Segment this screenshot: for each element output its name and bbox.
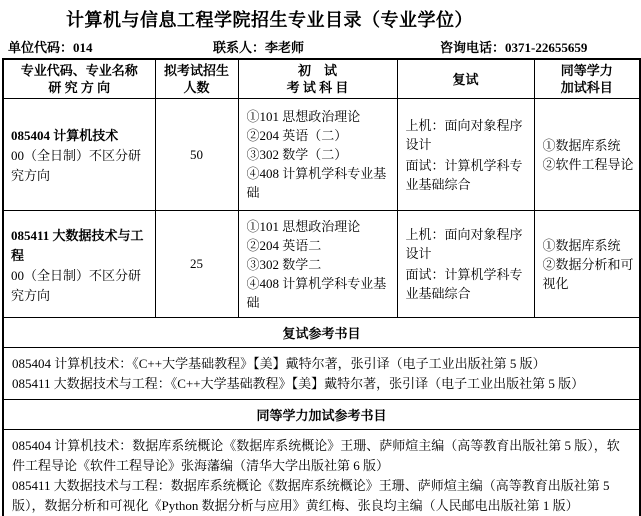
equivalency-subject-item: ②数据分析和可视化 (543, 255, 636, 293)
col-header-equiv-line2: 加试科目 (537, 79, 638, 96)
retest-books-body-row: 085404 计算机技术：《C++大学基础教程》【美】戴特尔著，张引译（电子工业… (3, 348, 640, 400)
quota-value: 25 (155, 211, 238, 318)
exam-subject-item: ①101 思想政治理论 (247, 107, 393, 126)
col-header-quota: 拟考试招生 人数 (155, 59, 238, 99)
contact-value: 李老师 (265, 40, 304, 55)
equivalency-books-title-row: 同等学力加试参考书目 (3, 400, 640, 430)
initial-exam-subjects: ①101 思想政治理论 ②204 英语二 ③302 数学二 ④408 计算机学科… (238, 211, 397, 318)
page-title: 计算机与信息工程学院招生专业目录（专业学位） (66, 6, 473, 32)
exam-subject-item: ③302 数学（二） (247, 145, 393, 164)
col-header-quota-line1: 拟考试招生 (158, 62, 236, 79)
exam-subject-item: ④408 计算机学科专业基础 (247, 164, 393, 202)
retest-book-item: 085404 计算机技术：《C++大学基础教程》【美】戴特尔著，张引译（电子工业… (12, 354, 631, 374)
admissions-catalog-page: 计算机与信息工程学院招生专业目录（专业学位） 单位代码：014 联系人：李老师 … (0, 0, 641, 516)
equivalency-subject-item: ①数据库系统 (543, 236, 636, 255)
section-title-equivalency-books: 同等学力加试参考书目 (3, 400, 640, 430)
program-direction: 00（全日制）不区分研究方向 (11, 266, 149, 306)
retest-cell: 上机：面向对象程序设计 面试：计算机学科专业基础综合 (397, 99, 534, 211)
program-code-name-cell: 085404 计算机技术 00（全日制）不区分研究方向 (3, 99, 155, 211)
retest-cell: 上机：面向对象程序设计 面试：计算机学科专业基础综合 (397, 211, 534, 318)
col-header-quota-line2: 人数 (158, 79, 236, 96)
retest-book-item: 085411 大数据技术与工程：《C++大学基础教程》【美】戴特尔著，张引译（电… (12, 374, 631, 394)
quota-value: 50 (155, 99, 238, 211)
contact-person: 联系人：李老师 (213, 37, 304, 56)
col-header-initial-line2: 考 试 科 目 (241, 79, 395, 96)
equivalency-subject-item: ①数据库系统 (543, 136, 636, 155)
unit-code: 单位代码：014 (8, 37, 93, 56)
retest-item: 面试：计算机学科专业基础综合 (406, 156, 530, 194)
equivalency-book-item: 085411 大数据技术与工程：数据库系统概论《数据库系统概论》王珊、萨师煊主编… (12, 476, 631, 516)
info-line: 单位代码：014 联系人：李老师 咨询电话：0371-22655659 (0, 37, 641, 54)
retest-books-list: 085404 计算机技术：《C++大学基础教程》【美】戴特尔著，张引译（电子工业… (3, 348, 640, 400)
section-title-retest-books: 复试参考书目 (3, 318, 640, 348)
col-header-initial-line1: 初 试 (241, 62, 395, 79)
retest-item: 上机：面向对象程序设计 (406, 116, 530, 154)
exam-subject-item: ③302 数学二 (247, 255, 393, 274)
program-row-085404: 085404 计算机技术 00（全日制）不区分研究方向 50 ①101 思想政治… (3, 99, 640, 211)
retest-item: 面试：计算机学科专业基础综合 (406, 265, 530, 303)
col-header-retest: 复试 (397, 59, 534, 99)
col-header-initial-exam: 初 试 考 试 科 目 (238, 59, 397, 99)
phone-label: 咨询电话： (440, 40, 505, 55)
equivalency-books-list: 085404 计算机技术：数据库系统概论《数据库系统概论》王珊、萨师煊主编（高等… (3, 430, 640, 516)
program-row-085411: 085411 大数据技术与工程 00（全日制）不区分研究方向 25 ①101 思… (3, 211, 640, 318)
exam-subject-item: ④408 计算机学科专业基础 (247, 274, 393, 312)
program-code-name-cell: 085411 大数据技术与工程 00（全日制）不区分研究方向 (3, 211, 155, 318)
equivalency-books-body-row: 085404 计算机技术：数据库系统概论《数据库系统概论》王珊、萨师煊主编（高等… (3, 430, 640, 516)
equivalency-subject-item: ②软件工程导论 (543, 155, 636, 174)
equivalency-subjects-cell: ①数据库系统 ②数据分析和可视化 (534, 211, 640, 318)
admissions-table: 专业代码、专业名称 研 究 方 向 拟考试招生 人数 初 试 考 试 科 目 复… (2, 58, 641, 516)
col-header-program-line2: 研 究 方 向 (6, 79, 153, 96)
equivalency-book-item: 085404 计算机技术：数据库系统概论《数据库系统概论》王珊、萨师煊主编（高等… (12, 436, 631, 476)
exam-subject-item: ②204 英语（二） (247, 126, 393, 145)
program-direction: 00（全日制）不区分研究方向 (11, 146, 149, 186)
exam-subject-item: ①101 思想政治理论 (247, 217, 393, 236)
col-header-program-line1: 专业代码、专业名称 (6, 62, 153, 79)
exam-subject-item: ②204 英语二 (247, 236, 393, 255)
unit-code-value: 014 (73, 40, 93, 55)
consult-phone: 咨询电话：0371-22655659 (440, 37, 587, 56)
phone-value: 0371-22655659 (505, 40, 587, 55)
col-header-equiv-line1: 同等学力 (537, 62, 638, 79)
program-code-name: 085404 计算机技术 (11, 126, 149, 146)
initial-exam-subjects: ①101 思想政治理论 ②204 英语（二） ③302 数学（二） ④408 计… (238, 99, 397, 211)
contact-label: 联系人： (213, 40, 265, 55)
retest-books-title-row: 复试参考书目 (3, 318, 640, 348)
unit-code-label: 单位代码： (8, 40, 73, 55)
table-header-row: 专业代码、专业名称 研 究 方 向 拟考试招生 人数 初 试 考 试 科 目 复… (3, 59, 640, 99)
retest-item: 上机：面向对象程序设计 (406, 225, 530, 263)
col-header-program: 专业代码、专业名称 研 究 方 向 (3, 59, 155, 99)
col-header-equivalency: 同等学力 加试科目 (534, 59, 640, 99)
equivalency-subjects-cell: ①数据库系统 ②软件工程导论 (534, 99, 640, 211)
program-code-name: 085411 大数据技术与工程 (11, 226, 149, 266)
